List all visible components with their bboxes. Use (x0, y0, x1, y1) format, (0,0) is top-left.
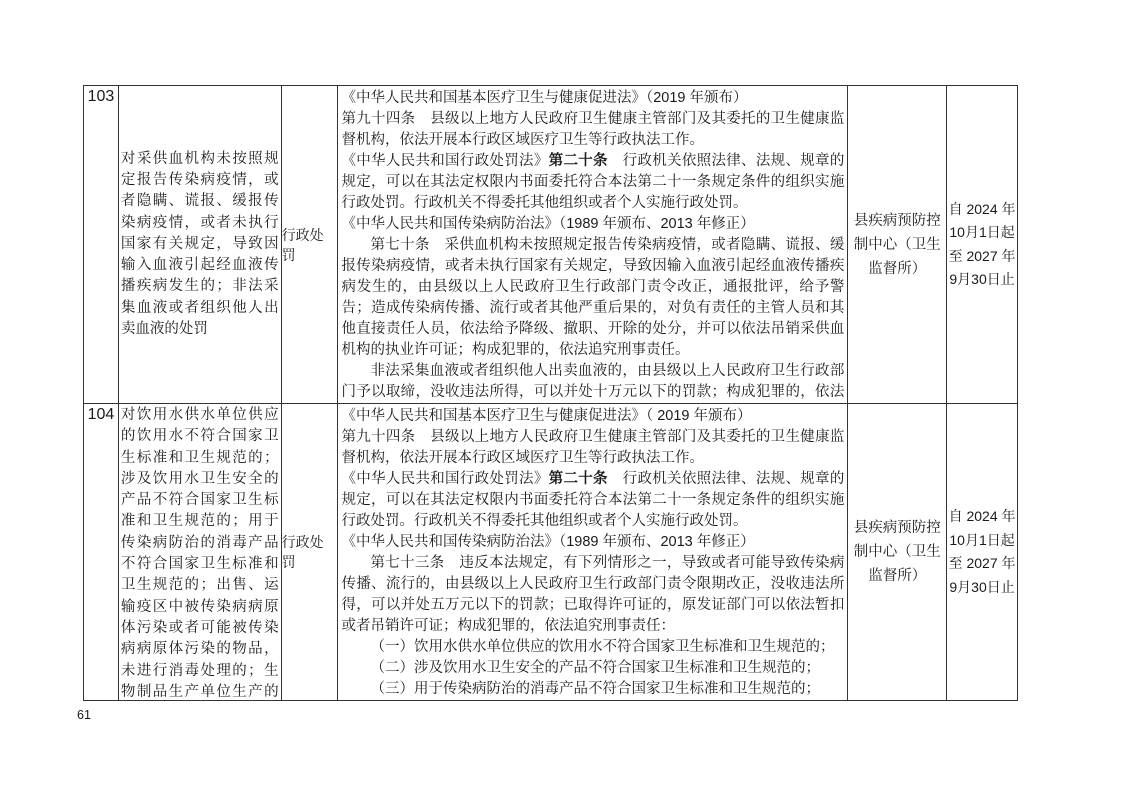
legal-paragraph: 第七十条 采供血机构未按照规定报告传染病疫情，或者隐瞒、谎报、缓报传染病疫情，或… (341, 235, 844, 361)
legal-paragraph: （一）饮用水供水单位供应的饮用水不符合国家卫生标准和卫生规范的； (341, 637, 844, 658)
legal-text-run: 《中华人民共和国传染病防治法》（1989 年颁布、2013 年修正） (341, 534, 754, 550)
row-number-cell: 104 (84, 404, 119, 700)
penalty-type-text: 行政处罚 (282, 225, 338, 265)
penalty-items-table: 103 对采供血机构未按照规定报告传染病疫情，或者隐瞒、谎报、缓报传染病疫情，或… (83, 85, 1018, 701)
legal-paragraph: 《中华人民共和国行政处罚法》第二十条 行政机关依照法律、法规、规章的规定，可以在… (341, 469, 844, 532)
period-line: 9月30日止 (948, 576, 1016, 600)
legal-paragraph: 《中华人民共和国传染病防治法》（1989 年颁布、2013 年修正） (341, 532, 844, 553)
period-line: 10月1日起 (948, 221, 1016, 245)
legal-paragraph: 第九十四条 县级以上地方人民政府卫生健康主管部门及其委托的卫生健康监督机构，依法… (341, 109, 844, 151)
period-line: 自 2024 年 (948, 505, 1016, 529)
legal-text-run: 非法采集血液或者组织他人出卖血液的，由县级以上人民政府卫生行政部门予以取缔，没收… (341, 363, 844, 403)
agency-text: 县疾病预防控制中心（卫生监督所） (852, 516, 942, 588)
legal-paragraph: （二）涉及饮用水卫生安全的产品不符合国家卫生标准和卫生规范的； (341, 658, 844, 679)
legal-paragraph: 《中华人民共和国基本医疗卫生与健康促进法》（2019 年颁布） (341, 88, 844, 109)
row-number: 103 (88, 88, 115, 105)
legal-paragraph: 《中华人民共和国基本医疗卫生与健康促进法》（ 2019 年颁布） (341, 406, 844, 427)
legal-paragraph: 非法采集血液或者组织他人出卖血液的，由县级以上人民政府卫生行政部门予以取缔，没收… (341, 361, 844, 403)
legal-paragraph: 《中华人民共和国传染病防治法》（1989 年颁布、2013 年修正） (341, 214, 844, 235)
agency-cell: 县疾病预防控制中心（卫生监督所） (848, 86, 947, 403)
legal-text-run: 《中华人民共和国基本医疗卫生与健康促进法》（ 2019 年颁布） (341, 408, 751, 424)
legal-text-run: 《中华人民共和国行政处罚法》 (341, 153, 548, 169)
law-article-number: 第二十条 (549, 471, 608, 487)
agency-text: 县疾病预防控制中心（卫生监督所） (852, 209, 942, 281)
penalty-type-text: 行政处罚 (282, 532, 338, 572)
period-line: 9月30日止 (948, 268, 1016, 292)
legal-basis-cell: 《中华人民共和国基本医疗卫生与健康促进法》（2019 年颁布）第九十四条 县级以… (338, 86, 848, 403)
page-number: 61 (77, 708, 91, 722)
violation-cell: 对饮用水供水单位供应的饮用水不符合国家卫生标准和卫生规范的；涉及饮用水卫生安全的… (119, 404, 282, 700)
row-number-cell: 103 (84, 86, 119, 403)
table-row: 104 对饮用水供水单位供应的饮用水不符合国家卫生标准和卫生规范的；涉及饮用水卫… (84, 403, 1017, 700)
period-line: 自 2024 年 (948, 198, 1016, 222)
legal-text-run: （三）用于传染病防治的消毒产品不符合国家卫生标准和卫生规范的； (370, 681, 820, 697)
legal-text-run: 第七十三条 违反本法规定，有下列情形之一，导致或者可能导致传染病传播、流行的，由… (341, 555, 844, 634)
legal-paragraph: （三）用于传染病防治的消毒产品不符合国家卫生标准和卫生规范的； (341, 679, 844, 700)
legal-text-run: 《中华人民共和国基本医疗卫生与健康促进法》（2019 年颁布） (341, 90, 747, 106)
legal-text-run: （一）饮用水供水单位供应的饮用水不符合国家卫生标准和卫生规范的； (370, 639, 834, 655)
period-cell: 自 2024 年10月1日起至 2027 年9月30日止 (947, 86, 1017, 403)
period-line: 至 2027 年 (948, 552, 1016, 576)
legal-paragraph: 第九十四条 县级以上地方人民政府卫生健康主管部门及其委托的卫生健康监督机构，依法… (341, 427, 844, 469)
row-number: 104 (88, 406, 115, 423)
legal-text-run: 第七十条 采供血机构未按照规定报告传染病疫情，或者隐瞒、谎报、缓报传染病疫情，或… (341, 237, 844, 358)
violation-cell: 对采供血机构未按照规定报告传染病疫情，或者隐瞒、谎报、缓报传染病疫情，或者未执行… (119, 86, 282, 403)
table-row: 103 对采供血机构未按照规定报告传染病疫情，或者隐瞒、谎报、缓报传染病疫情，或… (84, 86, 1017, 403)
legal-text-run: 第九十四条 县级以上地方人民政府卫生健康主管部门及其委托的卫生健康监督机构，依法… (341, 429, 844, 466)
legal-text-run: 第九十四条 县级以上地方人民政府卫生健康主管部门及其委托的卫生健康监督机构，依法… (341, 111, 844, 148)
law-article-number: 第二十条 (549, 153, 608, 169)
violation-text: 对采供血机构未按照规定报告传染病疫情，或者隐瞒、谎报、缓报传染病疫情，或者未执行… (121, 149, 279, 341)
legal-text-run: 《中华人民共和国传染病防治法》（1989 年颁布、2013 年修正） (341, 216, 754, 232)
agency-cell: 县疾病预防控制中心（卫生监督所） (848, 404, 947, 700)
period-line: 10月1日起 (948, 529, 1016, 553)
legal-paragraph: 第七十三条 违反本法规定，有下列情形之一，导致或者可能导致传染病传播、流行的，由… (341, 553, 844, 637)
legal-basis-cell: 《中华人民共和国基本医疗卫生与健康促进法》（ 2019 年颁布）第九十四条 县级… (338, 404, 848, 700)
violation-text: 对饮用水供水单位供应的饮用水不符合国家卫生标准和卫生规范的；涉及饮用水卫生安全的… (121, 405, 279, 700)
period-cell: 自 2024 年10月1日起至 2027 年9月30日止 (947, 404, 1017, 700)
legal-text-run: （二）涉及饮用水卫生安全的产品不符合国家卫生标准和卫生规范的； (370, 660, 820, 676)
penalty-type-cell: 行政处罚 (282, 404, 339, 700)
legal-text-run: 《中华人民共和国行政处罚法》 (341, 471, 548, 487)
legal-paragraph: 《中华人民共和国行政处罚法》第二十条 行政机关依照法律、法规、规章的规定，可以在… (341, 151, 844, 214)
period-line: 至 2027 年 (948, 245, 1016, 269)
document-page: 103 对采供血机构未按照规定报告传染病疫情，或者隐瞒、谎报、缓报传染病疫情，或… (0, 0, 1122, 793)
penalty-type-cell: 行政处罚 (282, 86, 339, 403)
